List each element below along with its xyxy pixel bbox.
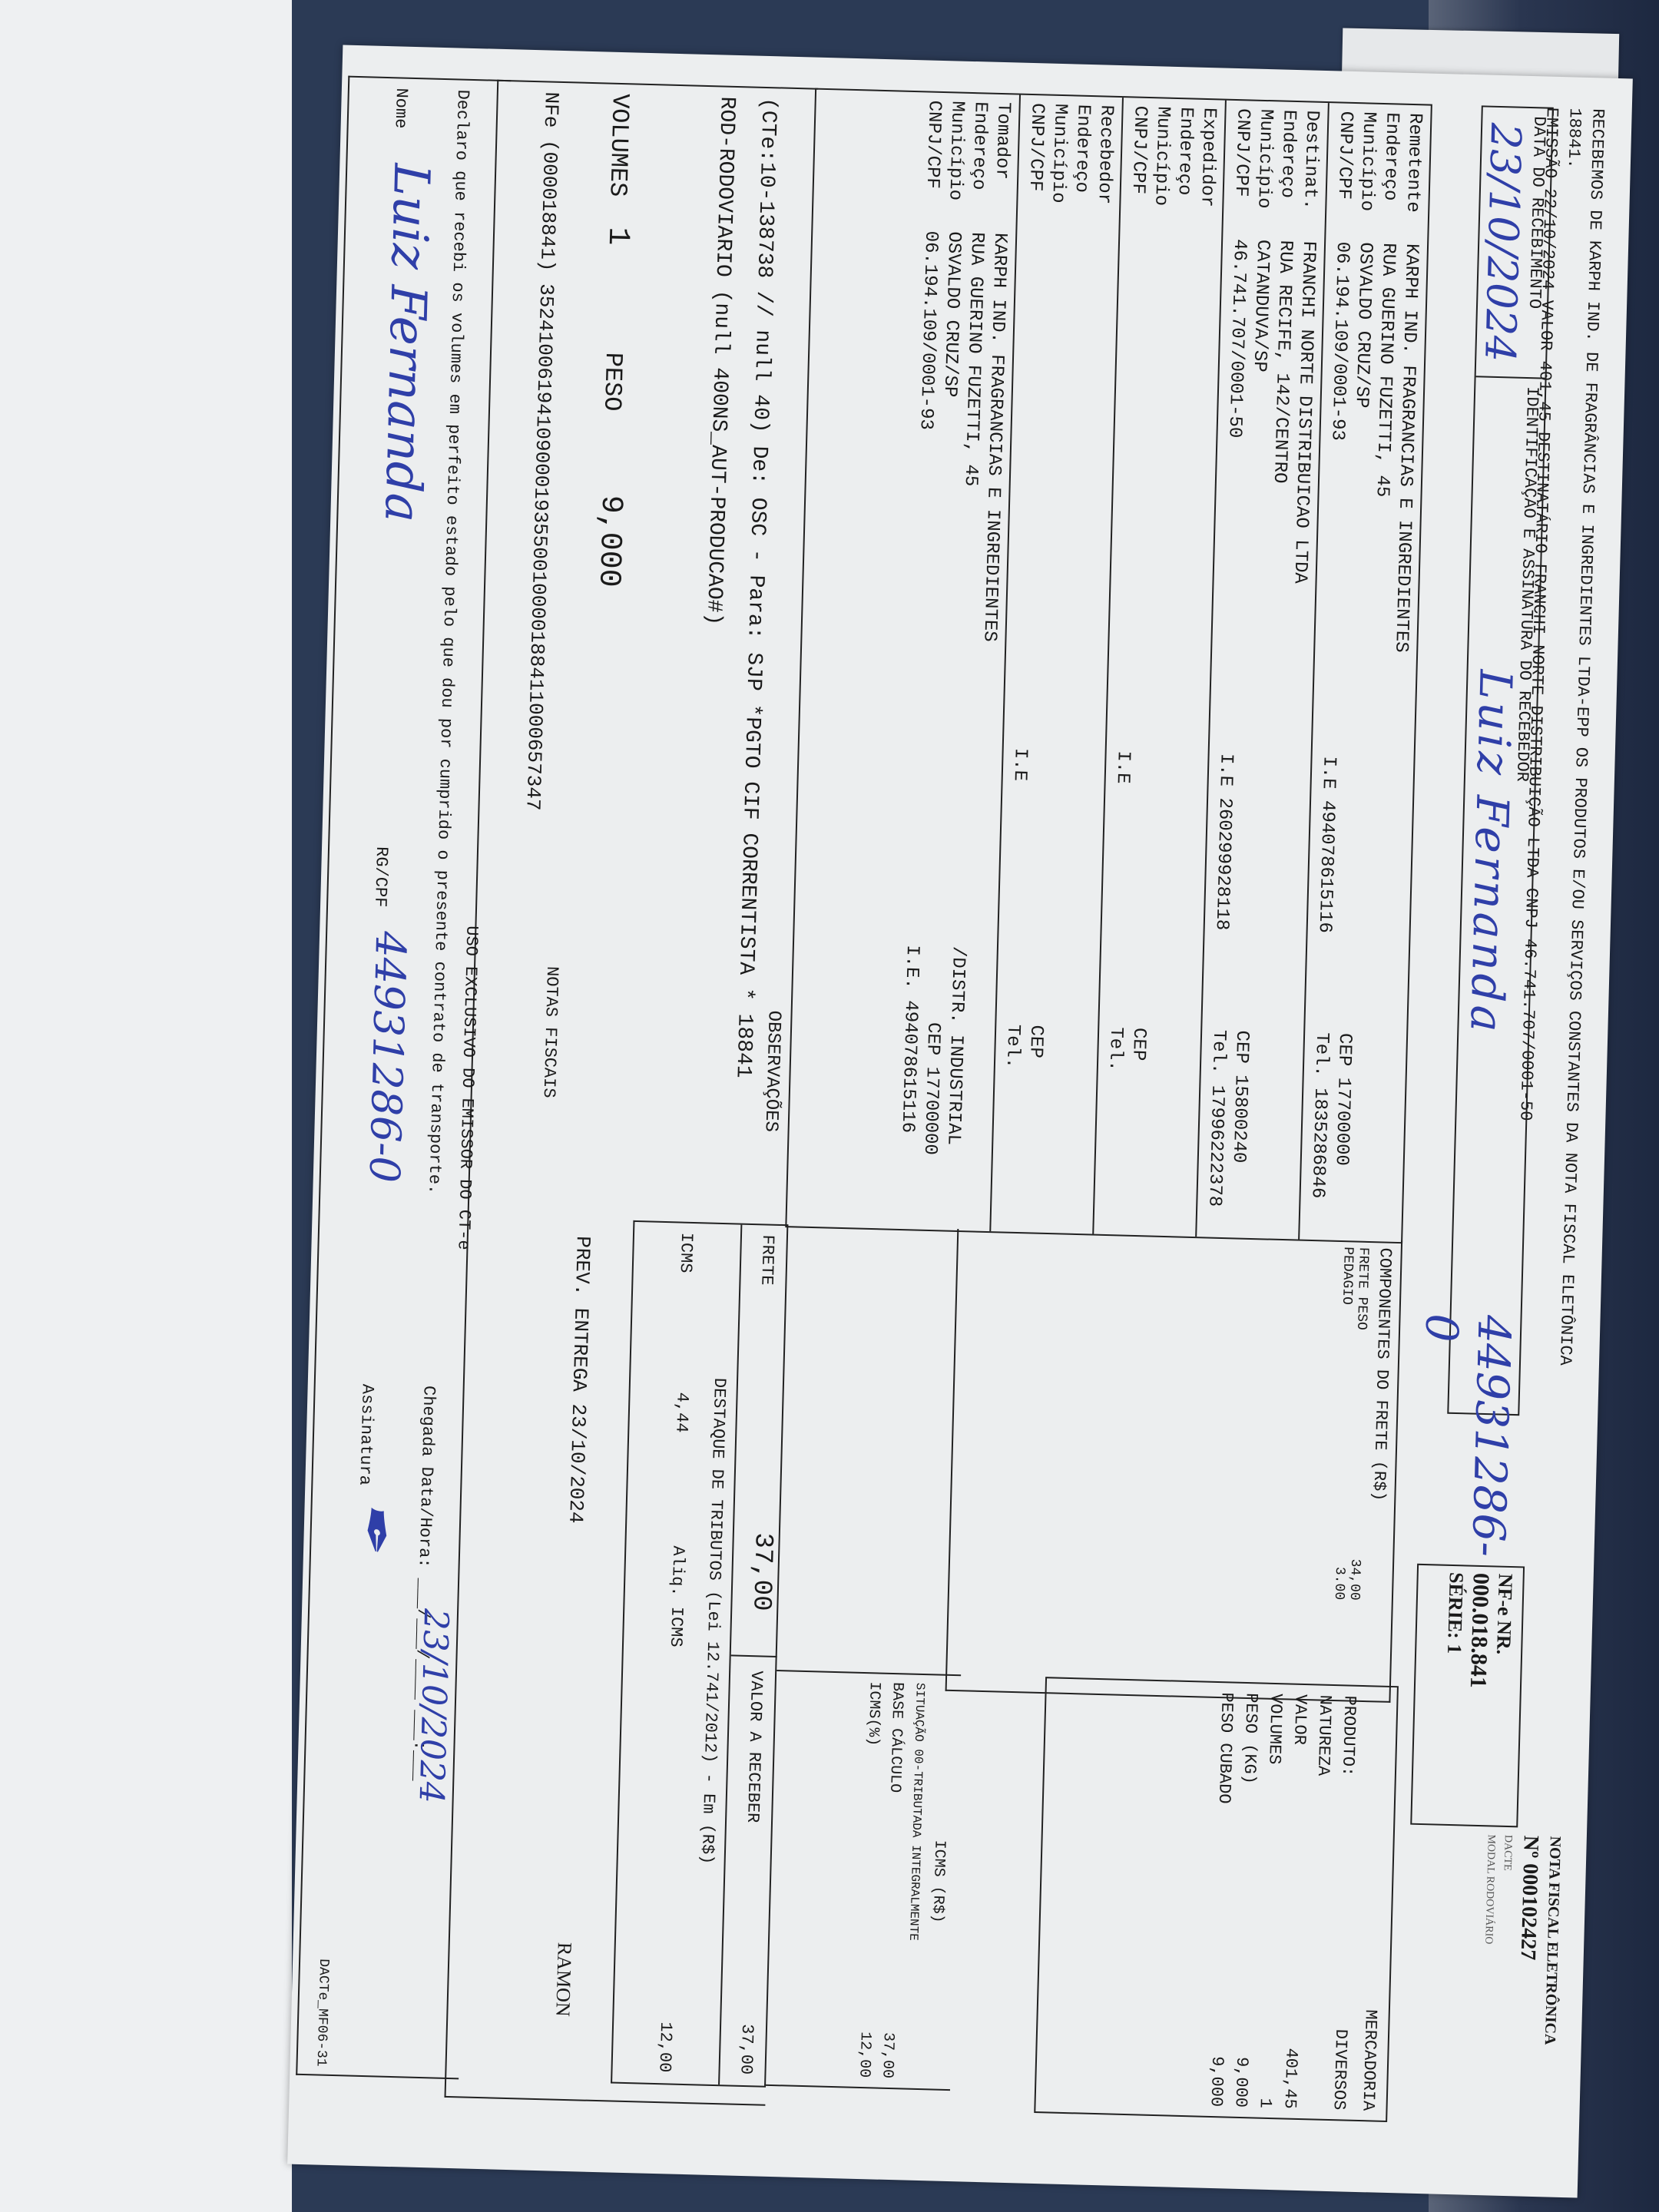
stub-number: Nº 000102427 [1510, 1835, 1543, 2158]
divider [731, 1654, 777, 1657]
aliq-icms-label: Aliq. ICMS [666, 1545, 687, 1647]
signature-scribble-icon: ✒ [339, 1498, 412, 1551]
handwritten-chegada-date: 23/10/2024 [412, 1608, 456, 1804]
icms-value: 37,00 [875, 2032, 899, 2079]
nome-label: Nome [391, 88, 411, 128]
merch-label: VALOR [1286, 1694, 1313, 1745]
uso-exclusivo: USO EXCLUSIVO DO EMISSOR DO CT-e [453, 926, 481, 1250]
notas-fiscais-label: NOTAS FISCAIS [528, 965, 572, 1098]
merch-label: PESO (KG) [1237, 1693, 1263, 1785]
merch-label: NATUREZA [1310, 1694, 1337, 1776]
nfe-key-line: NFe (000018841) 352410061941090001935500… [512, 91, 571, 811]
handwritten-rg-footer: 44931286-0 [360, 931, 416, 1184]
label-municipio: Município [942, 101, 968, 232]
label-municipio: Município [1250, 109, 1277, 240]
merch-value [1301, 2109, 1326, 2110]
volumes-label: VOLUMES [603, 93, 634, 197]
party-role: Destinat. [1296, 110, 1323, 241]
observations-title: OBSERVAÇÕES [750, 1010, 794, 1133]
merch-value: DIVERSOS [1326, 2028, 1353, 2110]
aliq-icms-value: 12,00 [654, 2022, 675, 2073]
nfe-number-box: NF-e NR. 000.018.841 SÉRIE: 1 [1410, 1564, 1525, 1828]
merch-value: 401,45 [1277, 2048, 1303, 2109]
party-role: Recebedor [1091, 104, 1117, 236]
valor-receber-label: VALOR A RECEBER [743, 1671, 766, 1823]
freight-tax-box: FRETE 37,00 VALOR A RECEBER 37,00 DESTAQ… [611, 1220, 788, 2088]
label-municipio: Município [1147, 106, 1174, 237]
freight-components: COMPONENTES DO FRETE (R$) FRETE PESO 34,… [945, 1229, 1403, 1703]
icms-tax-value: 4,44 [671, 1392, 691, 1432]
label-municipio: Município [1045, 104, 1071, 235]
volumes-value: 1 [600, 227, 635, 246]
icms-label: BASE CÁLCULO [882, 1682, 909, 1793]
frete-value: 37,00 [746, 1532, 777, 1611]
label-municipio: Município [1353, 111, 1379, 243]
merch-value: 9,000 [1204, 2056, 1230, 2108]
merch-label: PESO CUBADO [1211, 1692, 1239, 1804]
handwritten-name: Luiz Fernanda [373, 163, 439, 523]
valor-receber-value: 37,00 [736, 2024, 757, 2075]
icms-blank-cell [777, 1224, 972, 1676]
icms-label: ICMS(%) [861, 1681, 886, 1747]
merch-label: PRODUTO: [1335, 1695, 1362, 1777]
icms-section: ICMS (R$) SITUAÇÃO 00-TRIBUTADA INTEGRAL… [764, 1224, 972, 2091]
frete-label: FRETE [757, 1234, 777, 1286]
icms-value: 12,00 [852, 2032, 876, 2078]
dacte-sheet-wrapper: RECEBEMOS DE KARPH IND. DE FRAGRÂNCIAS E… [276, 46, 1644, 2197]
merch-label: VOLUMES [1261, 1694, 1287, 1765]
assinatura-label: Assinatura [355, 1384, 376, 1486]
volumes-peso-line: VOLUMES 1 PESO 9,000 [586, 93, 641, 588]
handwritten-rg: 44931286-0 [1409, 1313, 1520, 1558]
label-cnpj: CNPJ/CPF [1330, 111, 1356, 242]
component-label: PEDAGIO [1339, 1247, 1356, 1305]
peso-value: 9,000 [591, 495, 628, 588]
icms-tax-label: ICMS [676, 1232, 696, 1273]
destaque-tributos-label: DESTAQUE DE TRIBUTOS (Lei 12.741/2012) -… [697, 1378, 730, 1865]
handwritten-signature: Luiz Fernanda [1460, 669, 1522, 1035]
party-role: Tomador [988, 102, 1014, 233]
component-value: 3.00 [1331, 1567, 1347, 1601]
parties-section: RemetenteKARPH IND. FRAGRANCIAS E INGRED… [785, 88, 1432, 1244]
rg-label: RG/CPF [370, 846, 391, 908]
driver-name: RAMON [541, 1942, 585, 2017]
dacte-document: RECEBEMOS DE KARPH IND. DE FRAGRÂNCIAS E… [287, 45, 1633, 2197]
prev-entrega: PREV. ENTREGA 23/10/2024 [555, 1235, 604, 1524]
nf-stub: NOTA FISCAL ELETRÔNICA Nº 000102427 DACT… [1402, 1833, 1564, 2159]
handwritten-date: 23/10/2024 [1475, 122, 1530, 363]
label-cnpj: CNPJ/CPF [1227, 108, 1253, 240]
label-endereco: Endereço [965, 101, 991, 233]
label-cnpj: CNPJ/CPF [1022, 103, 1048, 234]
party-role: Remetente [1399, 113, 1426, 244]
receipt-date-cell: DATA DO RECEBIMENTO 23/10/2024 [1476, 107, 1552, 379]
peso-label: PESO [598, 352, 628, 412]
label-endereco: Endereço [1273, 109, 1300, 240]
label-endereco: Endereço [1376, 112, 1402, 243]
merch-value: 1 [1253, 2098, 1277, 2108]
merchandise-title: MERCADORIA [1355, 1696, 1390, 2111]
label-endereco: Endereço [1171, 107, 1197, 238]
merch-value: 9,000 [1228, 2057, 1254, 2108]
icms-box: ICMS (R$) SITUAÇÃO 00-TRIBUTADA INTEGRAL… [753, 1670, 961, 2090]
component-value: 34,00 [1346, 1558, 1363, 1601]
label-cnpj: CNPJ/CPF [1124, 105, 1151, 237]
dacte-code: DACTe_MF06-31 [313, 1959, 332, 2067]
party-role: Expedidor [1194, 108, 1220, 239]
component-label: FRETE PESO [1353, 1247, 1371, 1331]
label-endereco: Endereço [1068, 104, 1094, 235]
background-paper-under [0, 0, 292, 2212]
label-cnpj: CNPJ/CPF [919, 100, 945, 231]
merchandise-box: MERCADORIA PRODUTO:DIVERSOS NATUREZA VAL… [1034, 1677, 1399, 2122]
